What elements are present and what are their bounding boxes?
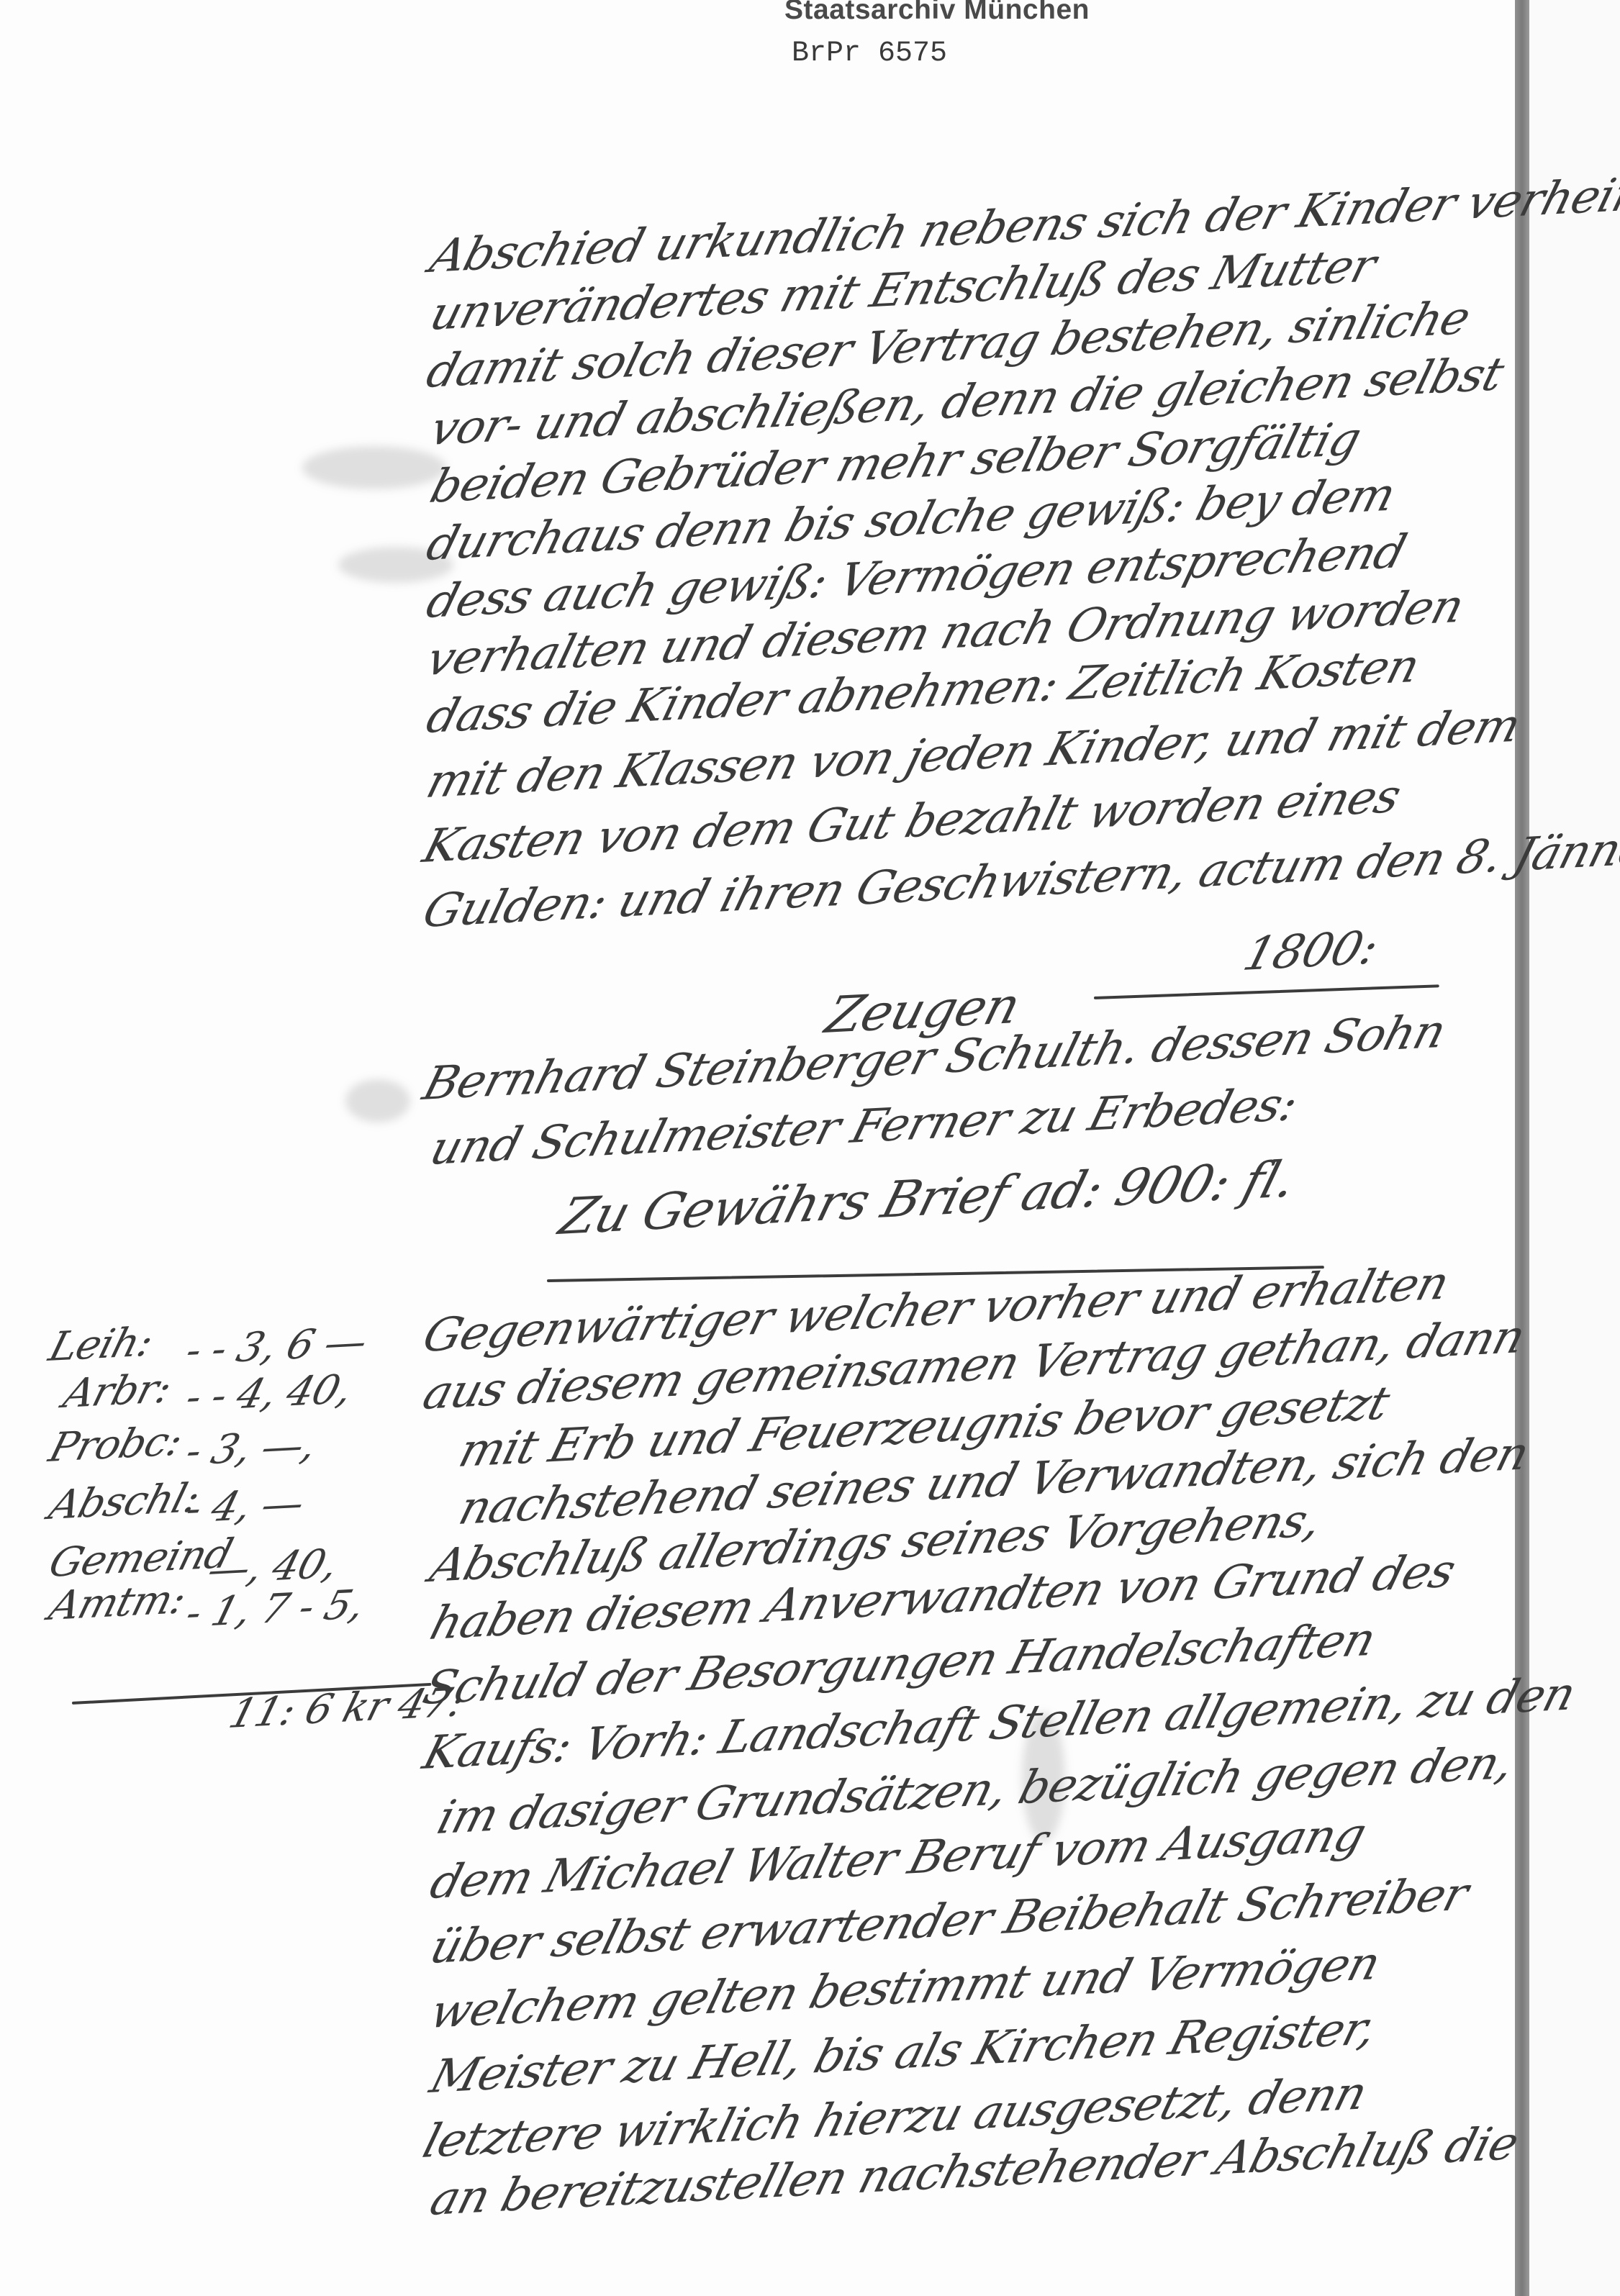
- ledger-value: - - 4, 40,: [181, 1366, 357, 1421]
- ledger-label: Amtm:: [44, 1576, 191, 1629]
- archive-stamp: Staatsarchiv München: [784, 0, 1090, 26]
- document-page: Staatsarchiv München BrPr 6575 Abschied …: [0, 0, 1620, 2296]
- sum-line: Zu Gewährs Brief ad: 900: fl.: [553, 1150, 1302, 1246]
- flourish-rule: [1094, 984, 1439, 999]
- ledger-label: Probc:: [44, 1418, 187, 1471]
- date-year: 1800:: [1238, 922, 1383, 981]
- ledger-value: - 3, —,: [181, 1422, 321, 1475]
- ledger-value: - 4, —: [181, 1480, 309, 1533]
- ledger-label: Abschl:: [44, 1474, 204, 1528]
- ledger-label: Arbr:: [58, 1366, 176, 1417]
- ledger-label: Leih:: [44, 1319, 158, 1371]
- archive-signature: BrPr 6575: [792, 37, 947, 70]
- page-edge-border: [1515, 0, 1529, 2296]
- scan-background: [1529, 0, 1620, 2296]
- ink-smudge: [345, 1079, 410, 1122]
- ledger-value: - 1, 7 - 5,: [181, 1581, 369, 1637]
- ink-smudge: [302, 446, 446, 489]
